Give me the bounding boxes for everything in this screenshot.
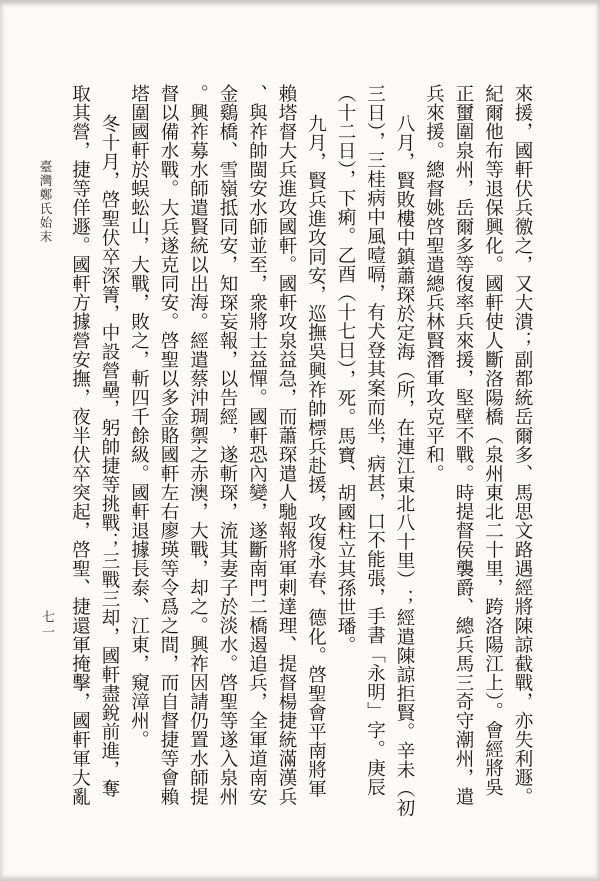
book-title: 臺灣鄭氏始末 — [36, 160, 54, 244]
text-column: 八月，賢敗樓中鎮蕭琛於定海（所，在連江東北八十里）；經遣陳諒拒賢。辛未（初 — [389, 84, 419, 826]
main-text-block: 來援，國軒伏兵徼之，又大潰；副都統岳爾多、馬思文路遇經將陳諒截戰，亦失利遯。 紀… — [64, 84, 536, 826]
text-column: 督以備水戰。大兵遂克同安。啓聖以多金賂國軒左右廖瑛等令爲之間，而自督捷等會賴 — [153, 84, 183, 826]
text-column: （十二日），下痢。乙酉（十七日），死。馬寶、胡國柱立其孫世璠。 — [330, 84, 360, 826]
page-number: 七一 — [38, 610, 57, 640]
book-page: 來援，國軒伏兵徼之，又大潰；副都統岳爾多、馬思文路遇經將陳諒截戰，亦失利遯。 紀… — [0, 0, 600, 881]
text-column: 正蠒圍泉州，岳爾多等復率兵來援，堅壁不戰。時提督侯襲爵、總兵馬三奇守潮州，遣 — [448, 84, 478, 826]
text-column: 、與祚帥閩安水師並至，衆將士益憚。國軒恐內變，遂斷南門二橋遏追兵，全軍道南安 — [241, 84, 271, 826]
text-column: 塔圍國軒於蜈蚣山，大戰，敗之，斬四千餘級。國軒退據長泰、江東，窺漳州。 — [123, 84, 153, 826]
text-column: 。興祚募水師遣賢統以出海。經遣蔡沖琱禦之赤澳，大戰，却之。興祚因請仍置水師提 — [182, 84, 212, 826]
text-column: 賴塔督大兵進攻國軒。國軒攻泉益急，而蕭琛遣人馳報將軍剌達理、提督楊捷統滿漢兵 — [271, 84, 301, 826]
text-column: 取其營，捷等佯遯。國軒方據營安撫，夜半伏卒突起，啓聖、捷還軍掩擊，國軒軍大亂 — [64, 84, 94, 826]
text-column: 三日），三桂病中風噎嗝，有犬登其案而坐，病甚，口不能張，手書「永明」字。庚辰 — [359, 84, 389, 826]
text-column: 紀爾他布等退保興化。國軒使人斷洛陽橋（泉州東北二十里，跨洛陽江上）。會經將吳 — [477, 84, 507, 826]
text-column: 兵來援。總督姚啓聖遣總兵林賢潛軍攻克平和。 — [418, 84, 448, 826]
text-column: 冬十月，啓聖伏卒深箐，中設營壘，躬帥捷等挑戰；三戰三却，國軒盡銳前進，奪 — [94, 84, 124, 826]
text-column: 九月，賢兵進攻同安，巡撫吳興祚帥標兵赴援，攻復永春、德化。啓聖會平南將軍 — [300, 84, 330, 826]
text-column: 金鷄橋、雪嶺抵同安，知琛妄報，以告經，遂斬琛，流其妻子於淡水。啓聖等遂入泉州 — [212, 84, 242, 826]
text-column: 來援，國軒伏兵徼之，又大潰；副都統岳爾多、馬思文路遇經將陳諒截戰，亦失利遯。 — [507, 84, 537, 826]
